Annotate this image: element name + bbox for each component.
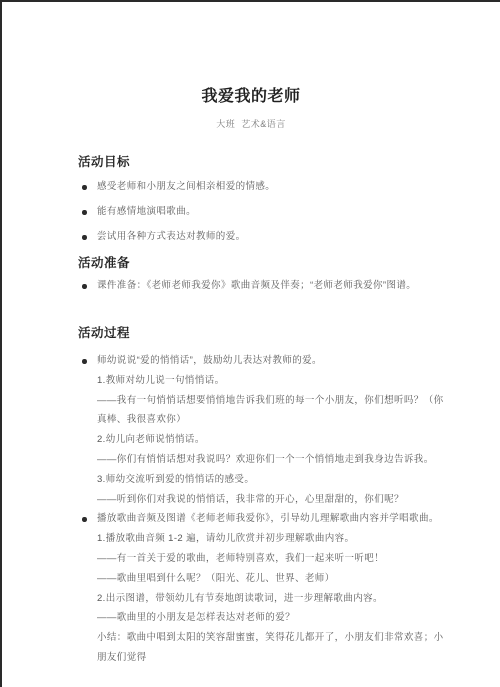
document-page: 我爱我的老师 大班 艺术&语言 活动目标 感受老师和小朋友之间相亲相爱的情感。 …	[0, 0, 500, 687]
process-line: 2.幼儿向老师说悄悄话。	[78, 430, 448, 450]
section-heading-goals: 活动目标	[78, 155, 448, 169]
process-line: ——歌曲里唱到什么呢？（阳光、花儿、世界、老师）	[78, 569, 448, 589]
list-item-text: 感受老师和小朋友之间相亲相爱的情感。	[97, 181, 275, 192]
process-line: 1.播放歌曲音频 1-2 遍，请幼儿欣赏并初步理解歌曲内容。	[78, 529, 448, 549]
prep-list: 课件准备：《老师老师我爱你》歌曲音频及伴奏；“老师老师我爱你”图谱。	[78, 279, 448, 293]
process-line-text: ——歌曲里唱到什么呢？（阳光、花儿、世界、老师）	[97, 573, 335, 584]
process-line: 小结：歌曲中唱到太阳的笑容甜蜜蜜，笑得花儿都开了，小朋友们非常欢喜；小朋友们觉得	[78, 628, 448, 668]
list-item: 感受老师和小朋友之间相亲相爱的情感。	[78, 180, 448, 194]
page-title: 我爱我的老师	[2, 86, 500, 108]
process-line-text: ——有一首关于爱的歌曲，老师特别喜欢，我们一起来听一听吧！	[97, 553, 384, 564]
process-line: ——歌曲里的小朋友是怎样表达对老师的爱？	[78, 608, 448, 628]
page-subtitle: 大班 艺术&语言	[2, 118, 500, 130]
list-item-text: 尝试用各种方式表达对教师的爱。	[97, 231, 246, 242]
list-item-text: 课件准备：《老师老师我爱你》歌曲音频及伴奏；“老师老师我爱你”图谱。	[97, 280, 416, 291]
process-line: 播放歌曲音频及图谱《老师老师我爱你》，引导幼儿理解歌曲内容并学唱歌曲。	[78, 509, 448, 529]
process-line: ——你们有悄悄话想对我说吗？欢迎你们一个一个悄悄地走到我身边告诉我。	[78, 450, 448, 470]
bullet-icon	[82, 185, 87, 190]
process-line-text: ——你们有悄悄话想对我说吗？欢迎你们一个一个悄悄地走到我身边告诉我。	[97, 454, 434, 465]
goals-list: 感受老师和小朋友之间相亲相爱的情感。 能有感情地演唱歌曲。 尝试用各种方式表达对…	[78, 180, 448, 244]
process-line-text: 3.师幼交流听到爱的悄悄话的感受。	[97, 474, 254, 485]
list-item: 课件准备：《老师老师我爱你》歌曲音频及伴奏；“老师老师我爱你”图谱。	[78, 279, 448, 293]
process-line-text: 1.播放歌曲音频 1-2 遍，请幼儿欣赏并初步理解歌曲内容。	[97, 533, 354, 544]
process-line-text: ——我有一句悄悄话想要悄悄地告诉我们班的每一个小朋友，你们想听吗？（你真棒、我很…	[97, 395, 444, 426]
process-line: ——我有一句悄悄话想要悄悄地告诉我们班的每一个小朋友，你们想听吗？（你真棒、我很…	[78, 391, 448, 431]
bullet-icon	[82, 210, 87, 215]
process-line: ——有一首关于爱的歌曲，老师特别喜欢，我们一起来听一听吧！	[78, 549, 448, 569]
process-line-text: 播放歌曲音频及图谱《老师老师我爱你》，引导幼儿理解歌曲内容并学唱歌曲。	[97, 513, 439, 524]
process-line: 3.师幼交流听到爱的悄悄话的感受。	[78, 470, 448, 490]
process-line-text: 1.教师对幼儿说一句悄悄话。	[97, 375, 225, 386]
process-line: 2.出示图谱，带领幼儿有节奏地朗读歌词，进一步理解歌曲内容。	[78, 589, 448, 609]
process-list: 师幼说说“爱的悄悄话”，鼓励幼儿表达对教师的爱。 1.教师对幼儿说一句悄悄话。 …	[78, 351, 448, 668]
process-line: 师幼说说“爱的悄悄话”，鼓励幼儿表达对教师的爱。	[78, 351, 448, 371]
section-heading-prep: 活动准备	[78, 256, 448, 270]
process-line-text: 小结：歌曲中唱到太阳的笑容甜蜜蜜，笑得花儿都开了，小朋友们非常欢喜；小朋友们觉得	[97, 632, 444, 663]
bullet-icon	[82, 284, 87, 289]
list-item: 尝试用各种方式表达对教师的爱。	[78, 230, 448, 244]
process-line-text: 2.出示图谱，带领幼儿有节奏地朗读歌词，进一步理解歌曲内容。	[97, 593, 383, 604]
bullet-icon	[82, 517, 87, 522]
process-line-text: ——听到你们对我说的悄悄话，我非常的开心，心里甜甜的，你们呢？	[97, 494, 404, 505]
list-item-text: 能有感情地演唱歌曲。	[97, 206, 196, 217]
document-content: 活动目标 感受老师和小朋友之间相亲相爱的情感。 能有感情地演唱歌曲。 尝试用各种…	[2, 155, 500, 668]
process-line-text: 2.幼儿向老师说悄悄话。	[97, 434, 205, 445]
process-line: ——听到你们对我说的悄悄话，我非常的开心，心里甜甜的，你们呢？	[78, 490, 448, 510]
section-heading-process: 活动过程	[78, 326, 448, 340]
bullet-icon	[82, 235, 87, 240]
list-item: 能有感情地演唱歌曲。	[78, 205, 448, 219]
process-line-text: ——歌曲里的小朋友是怎样表达对老师的爱？	[97, 612, 295, 623]
bullet-icon	[82, 359, 87, 364]
process-line-text: 师幼说说“爱的悄悄话”，鼓励幼儿表达对教师的爱。	[97, 355, 322, 366]
process-line: 1.教师对幼儿说一句悄悄话。	[78, 371, 448, 391]
